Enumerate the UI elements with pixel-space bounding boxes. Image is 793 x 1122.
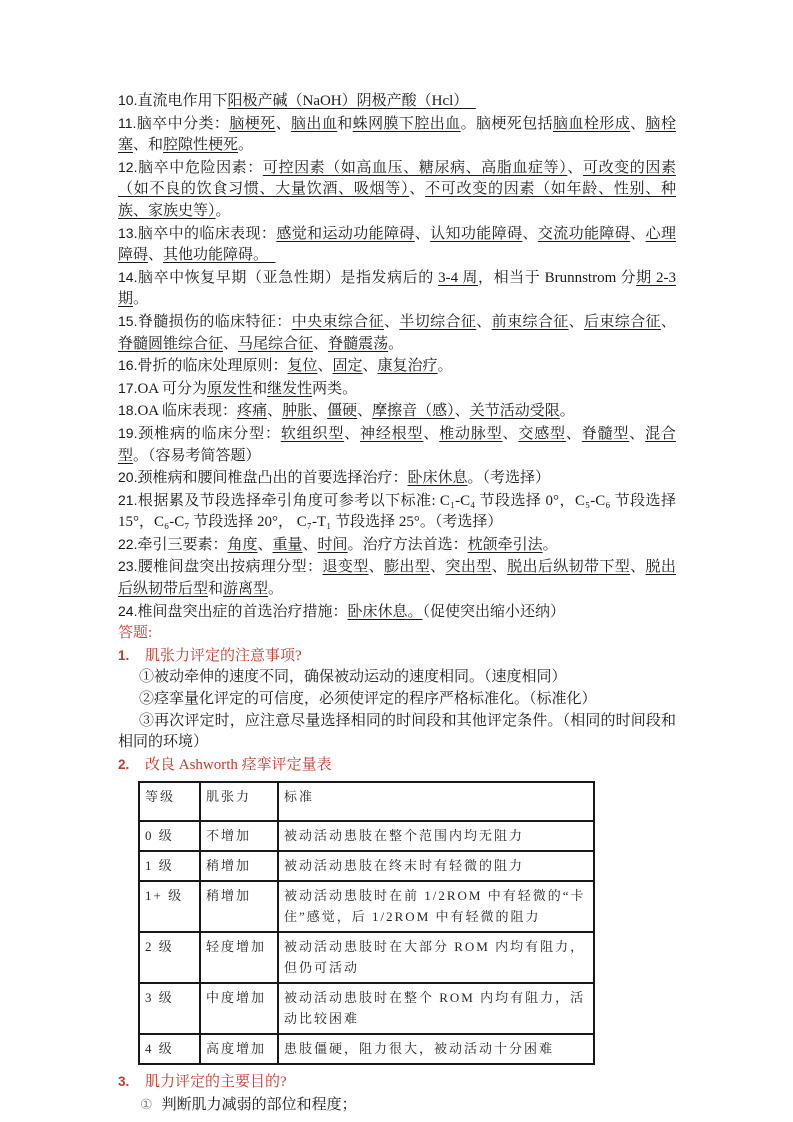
table-cell: 0 级: [139, 821, 200, 851]
question-3-number: 3.: [118, 1071, 145, 1093]
question-2-title: 改良 Ashworth 痉挛评定量表: [145, 757, 332, 773]
note-item-number: 13.: [118, 225, 137, 241]
ashworth-scale-table: 等级肌张力标准 0 级不增加被动活动患肢在整个范围内均无阻力1 级稍增加被动活动…: [138, 781, 595, 1065]
note-item: 12.脑卒中危险因素：可控因素（如高血压、糖尿病、高脂血症等）、可改变的因素（如…: [118, 157, 676, 223]
note-item-number: 22.: [118, 536, 137, 552]
note-text: 椎间盘突出症的首选治疗措施：: [137, 604, 347, 620]
table-cell: 稍增加: [200, 881, 278, 932]
note-text: 。: [543, 537, 558, 553]
note-text: 和: [208, 581, 223, 597]
note-text: 、: [344, 426, 360, 442]
note-text: 。: [238, 137, 253, 153]
note-text: 和: [252, 381, 267, 397]
note-text: 。: [560, 403, 575, 419]
note-item-number: 15.: [118, 313, 137, 329]
note-underlined-text: 脊髓圆锥综合征: [118, 336, 223, 352]
question-3-title: 肌力评定的主要目的?: [145, 1074, 287, 1090]
note-underlined-text: 马尾综合征: [238, 336, 313, 352]
table-header-cell: 肌张力: [200, 782, 278, 821]
note-text: 、: [476, 314, 491, 330]
note-underlined-text: 脊髓震荡: [328, 336, 388, 352]
note-text: 脑卒中危险因素：: [137, 160, 262, 176]
note-underlined-text: 脑血栓形成: [553, 116, 630, 132]
note-item-number: 20.: [118, 469, 137, 485]
note-text: 颈椎病的临床分型：: [137, 426, 280, 442]
question-3-subitems: ①判断肌力减弱的部位和程度；: [118, 1094, 676, 1117]
note-text: 脑卒中恢复早期（亚急性期）是指发病后的: [137, 270, 438, 286]
note-text: OA 临床表现：: [137, 403, 237, 419]
circled-number-marker: ①: [140, 1098, 153, 1113]
note-underlined-text: 游离型: [223, 581, 268, 597]
table-cell: 不增加: [200, 821, 278, 851]
table-cell: 1+ 级: [139, 881, 200, 932]
note-underlined-text: 肿胀: [282, 403, 312, 419]
note-underlined-text: 退变型: [322, 559, 368, 575]
note-item: 19.颈椎病的临床分型：软组织型、神经根型、椎动脉型、交感型、脊髓型、混合型。（…: [118, 423, 676, 467]
note-text: 、: [223, 336, 238, 352]
note-text: 、: [522, 226, 537, 242]
note-item-number: 16.: [118, 357, 137, 373]
note-item-number: 17.: [118, 380, 137, 396]
note-text: 。: [388, 336, 403, 352]
note-underlined-text: 软组织型: [281, 426, 344, 442]
note-underlined-text: 卧床休息。: [347, 604, 422, 620]
note-text: 、: [357, 403, 372, 419]
note-item: 23.腰椎间盘突出按病理分型：退变型、膨出型、突出型、脱出后纵韧带下型、脱出后纵…: [118, 556, 676, 600]
note-underlined-text: 阳极产碱（NaOH）阴极产酸（Hcl）: [227, 93, 475, 109]
note-underlined-text: 僵硬: [327, 403, 357, 419]
note-item: 20.颈椎病和腰间椎盘凸出的首要选择治疗：卧床休息。（考选择）: [118, 467, 676, 490]
question-1-number: 1.: [118, 645, 145, 667]
note-text: 脑卒中分类：: [136, 116, 229, 132]
table-cell: 被动活动患肢在整个范围内均无阻力: [278, 821, 594, 851]
note-underlined-text: 感觉和运动功能障碍: [276, 226, 414, 242]
note-underlined-text: 神经根型: [360, 426, 423, 442]
note-text: 、: [384, 314, 399, 330]
note-underlined-text: 认知功能障碍: [430, 226, 522, 242]
table-cell: 高度增加: [200, 1034, 278, 1064]
answers-heading: 答题:: [118, 623, 676, 645]
note-text: 。治疗方法首选：: [348, 537, 468, 553]
note-underlined-text: 腔隙性梗死: [163, 137, 238, 153]
table-cell: 2 级: [139, 932, 200, 983]
table-cell: 被动活动患肢在终末时有轻微的阻力: [278, 851, 594, 881]
table-row: 2 级轻度增加被动活动患肢时在大部分 ROM 内均有阻力，但仍可活动: [139, 932, 594, 983]
table-cell: 3 级: [139, 983, 200, 1034]
note-text: 牵引三要素：: [137, 537, 227, 553]
table-cell: 被动活动患肢时在前 1/2ROM 中有轻微的“卡住”感觉，后 1/2ROM 中有…: [278, 881, 594, 932]
question-3: 3.肌力评定的主要目的?: [118, 1071, 676, 1094]
note-text: （促使突出缩小还纳）: [423, 604, 566, 620]
table-row: 1+ 级稍增加被动活动患肢时在前 1/2ROM 中有轻微的“卡住”感觉，后 1/…: [139, 881, 594, 932]
answer-sub-text: 判断肌力减弱的部位和程度；: [162, 1097, 357, 1113]
note-text: 、: [318, 358, 333, 374]
note-underlined-text: 后束综合征: [584, 314, 661, 330]
note-text: 两类。: [312, 381, 357, 397]
note-underlined-text: 可控因素（如高血压、糖尿病、高脂血症等）: [263, 160, 567, 176]
ashworth-table-header: 等级肌张力标准: [139, 782, 594, 821]
note-text: 、: [313, 336, 328, 352]
note-text: 。（考选择）: [468, 470, 551, 486]
note-text: 。: [438, 358, 453, 374]
note-underlined-text: 复位: [287, 358, 317, 374]
note-text: 、: [148, 247, 163, 263]
note-underlined-text: 交流功能障碍: [538, 226, 630, 242]
note-item-number: 21.: [118, 492, 137, 508]
note-item: 13.脑卒中的临床表现：感觉和运动功能障碍、认知功能障碍、交流功能障碍、心理障碍…: [118, 223, 676, 267]
answer-sub-item: ③再次评定时，应注意尽量选择相同的时间段和其他评定条件。（相同的时间段和相同的环…: [118, 711, 676, 754]
note-text: 。（容易考简答题）: [133, 448, 261, 464]
note-text: 、: [455, 403, 470, 419]
note-text: 和: [337, 116, 352, 132]
note-underlined-text: 中央束综合征: [292, 314, 384, 330]
note-underlined-text: 椎动脉型: [439, 426, 502, 442]
note-underlined-text: 原发性: [207, 381, 252, 397]
note-underlined-text: 时间: [318, 537, 348, 553]
note-text: 、: [363, 358, 378, 374]
answer-sub-item: ①判断肌力减弱的部位和程度；: [118, 1094, 676, 1117]
answers-section: 答题: 1.肌张力评定的注意事项? ①被动牵伸的速度不同，确保被动运动的速度相同…: [118, 623, 676, 1117]
note-underlined-text: 蛛网膜下腔出血: [353, 116, 461, 132]
table-cell: 1 级: [139, 851, 200, 881]
note-underlined-text: 康复治疗: [378, 358, 438, 374]
note-text: 、: [430, 559, 445, 575]
note-text: 、: [492, 559, 507, 575]
question-1-title: 肌张力评定的注意事项?: [145, 648, 302, 664]
note-underlined-text: 摩擦音（感）: [372, 403, 455, 419]
table-header-cell: 标准: [278, 782, 594, 821]
table-cell: 被动活动患肢时在大部分 ROM 内均有阻力，但仍可活动: [278, 932, 594, 983]
note-item-number: 11.: [118, 115, 136, 131]
note-item-number: 12.: [118, 159, 137, 175]
note-text: OA 可分为: [137, 381, 207, 397]
table-row: 4 级高度增加患肢僵硬，阻力很大，被动活动十分困难: [139, 1034, 594, 1064]
note-underlined-text: 膨出型: [384, 559, 430, 575]
table-cell: 被动活动患肢时在整个 ROM 内均有阻力，活动比较困难: [278, 983, 594, 1034]
document-page: 10.直流电作用下阳极产碱（NaOH）阴极产酸（Hcl） 11.脑卒中分类：脑梗…: [0, 0, 793, 1122]
note-item: 10.直流电作用下阳极产碱（NaOH）阴极产酸（Hcl）: [118, 90, 676, 113]
note-underlined-text: 脑出血: [291, 116, 337, 132]
note-text: 、: [369, 559, 384, 575]
note-item-number: 23.: [118, 558, 137, 574]
note-text: 。: [268, 581, 283, 597]
note-underlined-text: 前束综合征: [492, 314, 569, 330]
note-item: 21.根据累及节段选择牵引角度可参考以下标准: C₁-C₄ 节段选择 0°，C₅…: [118, 490, 676, 534]
note-item-number: 18.: [118, 402, 137, 418]
notes-list: 10.直流电作用下阳极产碱（NaOH）阴极产酸（Hcl） 11.脑卒中分类：脑梗…: [118, 90, 676, 623]
table-header-row: 等级肌张力标准: [139, 782, 594, 821]
note-text: 。: [133, 291, 148, 307]
note-item: 15.脊髓损伤的临床特征：中央束综合征、半切综合征、前束综合征、后束综合征、脊髓…: [118, 311, 676, 355]
note-underlined-text: 交感型: [518, 426, 566, 442]
note-text: 、: [630, 559, 645, 575]
note-text: 、: [567, 160, 583, 176]
note-text: 。脑梗死包括: [461, 116, 553, 132]
note-underlined-text: 卧床休息: [407, 470, 467, 486]
note-item: 24.椎间盘突出症的首选治疗措施：卧床休息。（促使突出缩小还纳）: [118, 601, 676, 624]
note-underlined-text: 枕颌牵引法: [468, 537, 543, 553]
note-text: 、: [629, 426, 645, 442]
note-underlined-text: 半切综合征: [399, 314, 476, 330]
answer-sub-item: ①被动牵伸的速度不同，确保被动运动的速度相同。（速度相同）: [118, 667, 676, 689]
note-underlined-text: 3-4 周: [438, 270, 478, 286]
note-text: 、: [267, 403, 282, 419]
note-text: 骨折的临床处理原则：: [137, 358, 287, 374]
note-item: 17.OA 可分为原发性和继发性两类。: [118, 378, 676, 401]
table-cell: 稍增加: [200, 851, 278, 881]
answer-sub-item: ②痉挛量化评定的可信度，必须使评定的程序严格标准化。（标准化）: [118, 689, 676, 711]
note-text: 颈椎病和腰间椎盘凸出的首要选择治疗：: [137, 470, 407, 486]
note-item-number: 19.: [118, 425, 137, 441]
note-underlined-text: 突出型: [446, 559, 492, 575]
question-2: 2.改良 Ashworth 痉挛评定量表: [118, 754, 676, 777]
question-1-subitems: ①被动牵伸的速度不同，确保被动运动的速度相同。（速度相同）②痉挛量化评定的可信度…: [118, 667, 676, 753]
note-underlined-text: 角度: [227, 537, 257, 553]
note-text: 脑卒中的临床表现：: [137, 226, 276, 242]
note-item: 16.骨折的临床处理原则：复位、固定、康复治疗。: [118, 355, 676, 378]
note-underlined-text: 固定: [333, 358, 363, 374]
note-underlined-text: 继发性: [267, 381, 312, 397]
note-underlined-text: 脊髓型: [582, 426, 630, 442]
note-text: 、: [276, 116, 291, 132]
note-item-number: 24.: [118, 603, 137, 619]
note-text: 直流电作用下: [137, 93, 227, 109]
table-cell: 中度增加: [200, 983, 278, 1034]
note-text: 、: [415, 226, 430, 242]
note-item: 22.牵引三要素：角度、重量、时间。治疗方法首选：枕颌牵引法。: [118, 534, 676, 557]
note-text: 。: [216, 203, 231, 219]
table-cell: 4 级: [139, 1034, 200, 1064]
note-text: 腰椎间盘突出按病理分型：: [137, 559, 322, 575]
note-text: 脊髓损伤的临床特征：: [137, 314, 291, 330]
note-text: 、: [423, 426, 439, 442]
table-row: 3 级中度增加被动活动患肢时在整个 ROM 内均有阻力，活动比较困难: [139, 983, 594, 1034]
table-row: 1 级稍增加被动活动患肢在终末时有轻微的阻力: [139, 851, 594, 881]
note-underlined-text: 脱出后纵韧带下型: [507, 559, 630, 575]
note-text: ，相当于 Brunnstrom 分: [478, 270, 636, 286]
ashworth-table-body: 0 级不增加被动活动患肢在整个范围内均无阻力1 级稍增加被动活动患肢在终末时有轻…: [139, 821, 594, 1064]
note-item: 14.脑卒中恢复早期（亚急性期）是指发病后的 3-4 周，相当于 Brunnst…: [118, 267, 676, 311]
note-underlined-text: 脑梗死: [229, 116, 275, 132]
table-cell: 患肢僵硬，阻力很大，被动活动十分困难: [278, 1034, 594, 1064]
note-underlined-text: 疼痛: [237, 403, 267, 419]
note-text: 、: [258, 537, 273, 553]
table-header-cell: 等级: [139, 782, 200, 821]
table-row: 0 级不增加被动活动患肢在整个范围内均无阻力: [139, 821, 594, 851]
note-item-number: 10.: [118, 92, 137, 108]
note-text: 、: [503, 426, 519, 442]
note-text: 、: [409, 181, 425, 197]
note-text: 、: [566, 426, 582, 442]
note-underlined-text: 其他功能障碍。: [163, 247, 276, 263]
note-text: 、和: [133, 137, 163, 153]
note-text: 、: [569, 314, 584, 330]
note-text: 、: [661, 314, 676, 330]
note-text: 根据累及节段选择牵引角度可参考以下标准: C₁-C₄ 节段选择 0°，C₅-C₆…: [118, 493, 676, 531]
note-underlined-text: 关节活动受限: [470, 403, 560, 419]
note-item: 18.OA 临床表现：疼痛、肿胀、僵硬、摩擦音（感）、关节活动受限。: [118, 400, 676, 423]
note-text: 、: [630, 226, 645, 242]
question-2-number: 2.: [118, 754, 145, 776]
table-cell: 轻度增加: [200, 932, 278, 983]
note-text: 、: [630, 116, 645, 132]
note-text: 、: [303, 537, 318, 553]
note-text: 、: [312, 403, 327, 419]
note-item: 11.脑卒中分类：脑梗死、脑出血和蛛网膜下腔出血。脑梗死包括脑血栓形成、脑栓塞、…: [118, 113, 676, 157]
note-underlined-text: 重量: [273, 537, 303, 553]
note-item-number: 14.: [118, 269, 137, 285]
question-1: 1.肌张力评定的注意事项?: [118, 645, 676, 668]
